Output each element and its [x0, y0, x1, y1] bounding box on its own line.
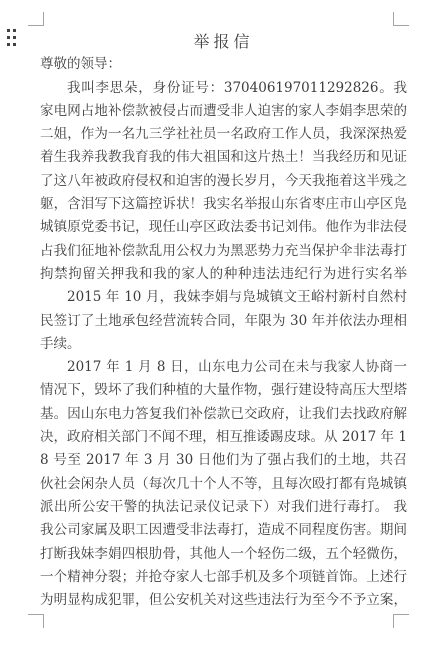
text-line: 占我们征地补偿款乱用公权力为黑恶势力充当保护伞非法毒打	[40, 240, 407, 263]
text-line: 2015 年 10 月，我妹李娟与凫城镇文王峪村新村自然村村	[40, 286, 407, 309]
boundary-mark-line	[43, 12, 44, 26]
boundary-mark-line	[393, 25, 409, 26]
drag-handle-dot	[7, 36, 10, 39]
text-line: 家电网占地补偿款被侵占而遭受非人迫害的家人李娟李思荣的	[40, 100, 407, 123]
paragraphs-container: 我叫李思朵，身份证号：370406197011292826。我是因国家电网占地补…	[40, 77, 407, 613]
text-line: 8 号至 2017 年 3 月 30 日他们为了强占我们的土地，共召集九	[40, 449, 407, 472]
text-line: 城镇原党委书记，现任山亭区政法委书记刘伟。他作为非法侵	[40, 216, 407, 239]
boundary-mark-line	[393, 614, 409, 615]
text-line: 拘禁拘留关押我和我的家人的种种违法违纪行为进行实名举报。	[40, 263, 407, 286]
text-line: 着生我养我教我育我的伟大祖国和这片热土！当我经历和见证	[40, 146, 407, 169]
drag-handle-icon[interactable]	[7, 29, 16, 46]
text-line: 情况下，毁坏了我们种植的大量作物，强行建设特高压大型塔	[40, 379, 407, 402]
salutation-line: 尊敬的领导：	[40, 53, 407, 76]
drag-handle-dot	[7, 43, 10, 46]
text-line: 了这八年被政府侵权和迫害的漫长岁月，今天我拖着这半残之	[40, 170, 407, 193]
document-page: 举报信 尊敬的领导： 我叫李思朵，身份证号：370406197011292826…	[0, 0, 447, 649]
paragraph: 2017 年 1 月 8 日，山东电力公司在未与我家人协商一致的情况下，毁坏了我…	[40, 356, 407, 612]
drag-handle-dot	[13, 29, 16, 32]
paragraph: 2015 年 10 月，我妹李娟与凫城镇文王峪村新村自然村村民签订了土地承包经营…	[40, 286, 407, 356]
text-line: 我叫李思朵，身份证号：370406197011292826。我是因国	[40, 77, 407, 100]
drag-handle-dot	[13, 36, 16, 39]
text-line: 决，政府相关部门不闻不理，相互推诿踢皮球。从 2017 年 1 月	[40, 426, 407, 449]
boundary-mark-line	[43, 614, 44, 628]
text-line: 2017 年 1 月 8 日，山东电力公司在未与我家人协商一致的	[40, 356, 407, 379]
text-line: 二姐，作为一名九三学社社员一名政府工作人员，我深深热爱	[40, 123, 407, 146]
text-line: 打断我妹李娟四根肋骨，其他人一个轻伤二级，五个轻微伤，	[40, 543, 407, 566]
text-line: 一个精神分裂；并抢夺家人七部手机及多个项链首饰。上述行	[40, 566, 407, 589]
text-line: 派出所公安干警的执法记录仪记录下）对我们进行毒打。 我和	[40, 496, 407, 519]
drag-handle-dot	[13, 43, 16, 46]
text-line: 手续。	[40, 333, 407, 356]
text-line: 基。因山东电力答复我们补偿款已交政府，让我们去找政府解	[40, 403, 407, 426]
document-content[interactable]: 举报信 尊敬的领导： 我叫李思朵，身份证号：370406197011292826…	[40, 30, 407, 612]
drag-handle-dot	[7, 29, 10, 32]
text-line: 躯，含泪写下这篇控诉状！我实名举报山东省枣庄市山亭区凫	[40, 193, 407, 216]
text-line: 民签订了土地承包经营流转合同，年限为 30 年并依法办理相关	[40, 310, 407, 333]
document-title: 举报信	[40, 30, 407, 53]
paragraph: 我叫李思朵，身份证号：370406197011292826。我是因国家电网占地补…	[40, 77, 407, 287]
boundary-mark-line	[28, 25, 44, 26]
boundary-mark-line	[393, 12, 394, 26]
text-line: 我公司家属及职工因遭受非法毒打，造成不同程度伤害。期间	[40, 519, 407, 542]
boundary-mark-line	[28, 614, 44, 615]
boundary-mark-line	[393, 614, 394, 628]
text-line: 伙社会闲杂人员（每次几十个人不等，且每次殴打都有凫城镇	[40, 473, 407, 496]
text-line: 为明显构成犯罪，但公安机关对这些违法行为至今不予立案，	[40, 589, 407, 612]
